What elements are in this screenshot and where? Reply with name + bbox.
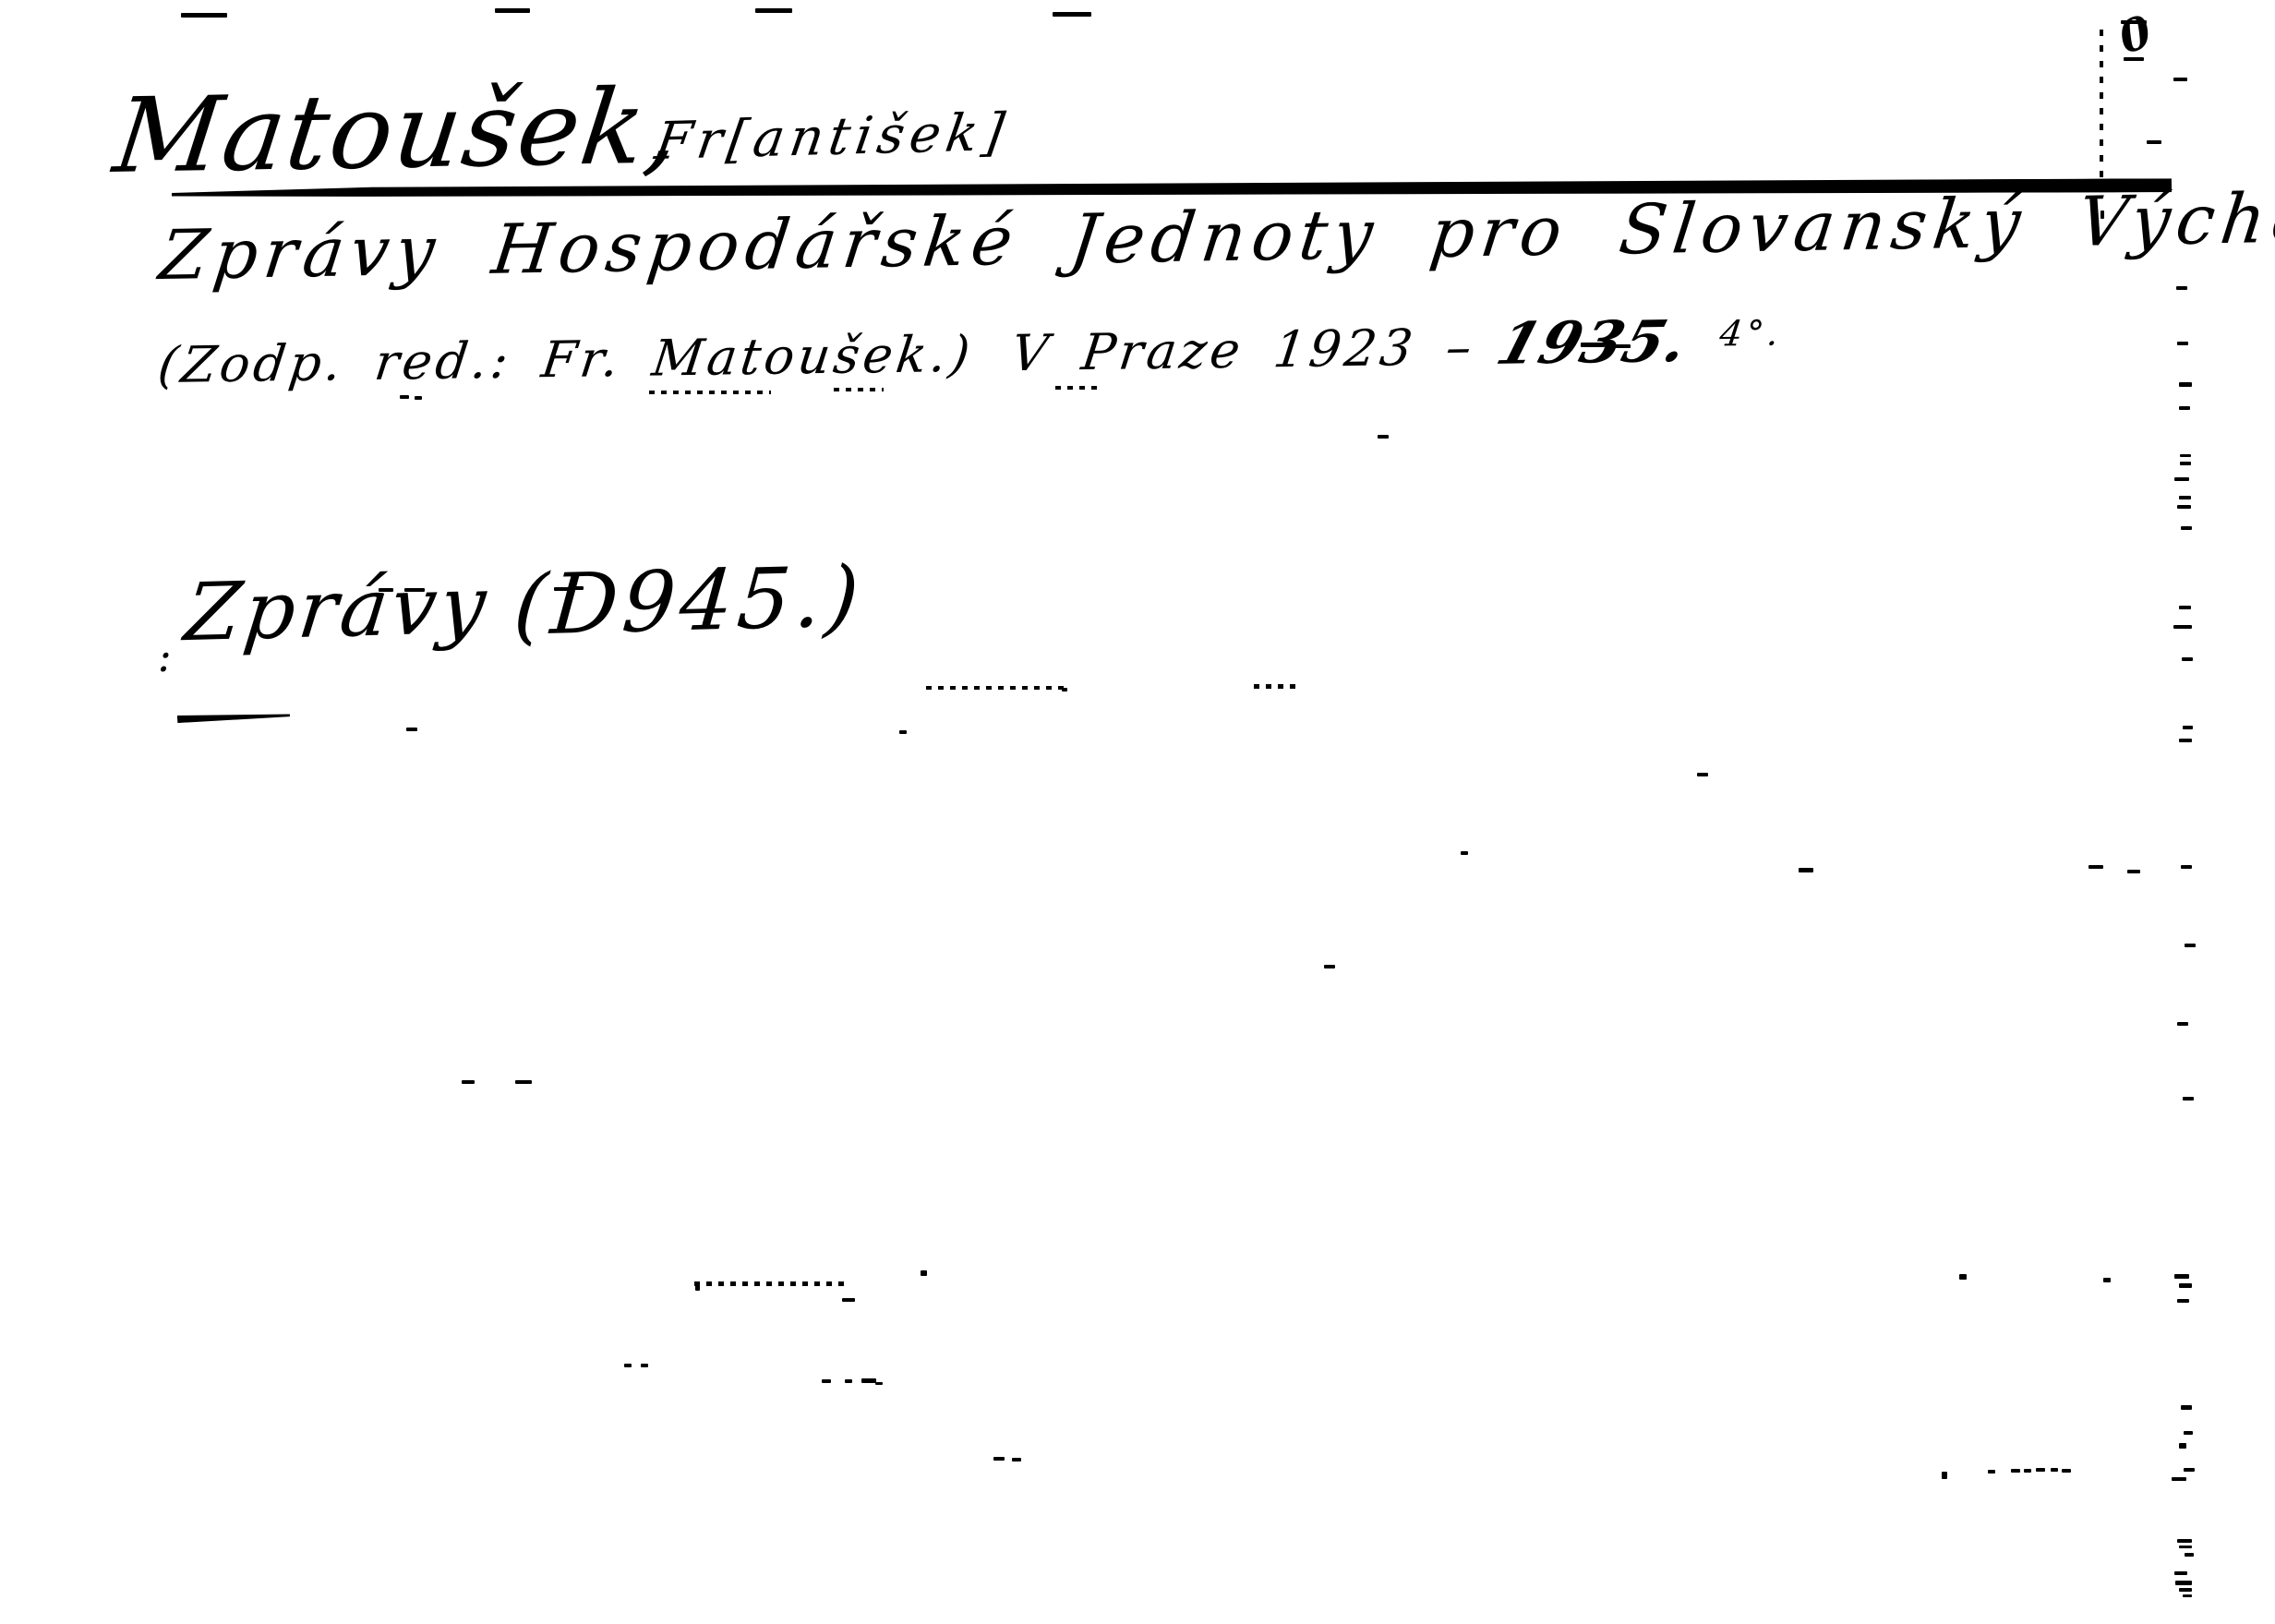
imprint: V Praze 1923 –	[1008, 318, 1479, 382]
scan-speck	[404, 588, 425, 592]
page-number: 0	[2113, 9, 2157, 61]
scan-speck	[1799, 868, 1813, 872]
scan-speck	[822, 1379, 831, 1383]
scan-speck	[2088, 865, 2103, 869]
responsibility-note: (Zodp. red.: Fr. Matoušek.)	[155, 325, 977, 394]
scan-speck	[2179, 1546, 2192, 1548]
scan-speck	[495, 8, 530, 13]
scan-speck	[2011, 1469, 2020, 1473]
title-line: Zprávy Hospodářské Jednoty pro Slovanský…	[156, 183, 2275, 290]
scan-speck	[2182, 657, 2193, 661]
scan-speck	[1254, 684, 1302, 689]
scan-speck	[1055, 386, 1100, 390]
scan-speck	[641, 1364, 648, 1367]
scan-speck	[624, 1364, 632, 1367]
scan-speck	[2177, 505, 2191, 509]
scan-speck	[649, 391, 771, 394]
scan-speck	[2179, 1443, 2186, 1449]
scan-speck	[2172, 1477, 2186, 1481]
scan-speck	[2173, 625, 2192, 629]
scan-speck	[2184, 1468, 2195, 1472]
reference-line: : Zprávy (D945.)	[155, 556, 864, 678]
scan-speck	[2179, 1588, 2192, 1592]
reference-colon: :	[157, 635, 173, 678]
scan-speck	[1053, 12, 1091, 17]
scan-speck	[1324, 965, 1335, 968]
scan-speck	[2174, 477, 2189, 481]
scan-speck	[2175, 1581, 2192, 1585]
scan-speck	[2179, 1283, 2192, 1288]
scan-speck	[875, 1382, 883, 1385]
scan-speck	[1942, 1472, 1947, 1479]
scan-speck	[2184, 1431, 2193, 1435]
series-underline-stroke	[177, 711, 290, 723]
scan-speck	[2177, 1299, 2189, 1303]
scan-speck	[2183, 726, 2193, 729]
scan-speck	[2127, 870, 2140, 873]
statement-line: (Zodp. red.: Fr. Matoušek.)V Praze 1923 …	[155, 311, 1785, 391]
scan-speck	[572, 586, 584, 590]
scan-speck	[400, 395, 409, 399]
scan-speck	[1959, 1274, 1967, 1280]
scan-speck	[694, 1281, 849, 1286]
scan-speck	[2179, 406, 2190, 410]
scan-speck	[899, 730, 907, 734]
scan-speck	[2103, 1278, 2111, 1282]
scan-speck	[926, 686, 1065, 690]
scan-speck	[406, 728, 417, 731]
scan-speck	[845, 1379, 852, 1383]
scan-speck	[2180, 462, 2191, 465]
heading-surname: Matoušek,	[109, 75, 687, 188]
scan-speck	[2024, 1469, 2031, 1473]
scan-speck	[2174, 1274, 2189, 1279]
scan-speck	[462, 1080, 475, 1084]
scan-speck	[755, 8, 792, 13]
scan-speck	[1378, 435, 1389, 439]
scan-speck	[2181, 1405, 2192, 1410]
scan-speck	[2181, 865, 2192, 869]
heading-forename: Fr[antišek]	[652, 107, 1013, 168]
scan-speck	[2100, 211, 2104, 219]
scan-speck	[2121, 20, 2147, 24]
scan-speck	[1988, 1470, 1995, 1474]
scan-speck	[515, 1080, 532, 1084]
scan-speck	[834, 388, 884, 391]
scan-speck	[2051, 1468, 2058, 1472]
scan-speck	[2180, 454, 2191, 457]
scan-speck	[2179, 496, 2191, 499]
scan-speck	[1461, 851, 1468, 855]
scan-speck	[2062, 1469, 2071, 1473]
scan-speck	[2185, 944, 2196, 947]
scan-speck	[2179, 606, 2191, 609]
scan-speck	[2147, 140, 2161, 144]
scan-speck	[2181, 526, 2192, 530]
format-designation: 4°.	[1717, 312, 1785, 354]
margin-dotted-line	[2100, 30, 2103, 188]
scan-speck	[1697, 773, 1708, 776]
scan-speck	[1012, 1458, 1021, 1462]
scan-speck	[993, 1457, 1005, 1461]
scan-speck	[861, 1378, 876, 1383]
scan-speck	[2183, 1097, 2194, 1101]
scan-speck	[2176, 286, 2187, 290]
scan-speck	[415, 396, 422, 400]
scan-speck	[1614, 344, 1631, 348]
scan-speck	[1581, 343, 1605, 347]
scan-speck	[2185, 1553, 2194, 1557]
scan-speck	[2173, 78, 2187, 81]
scan-speck	[842, 1298, 855, 1302]
scan-speck	[554, 587, 569, 591]
scan-speck	[2124, 57, 2144, 61]
catalog-card: 0 Matoušek, Fr[antišek] Zprávy Hospodářs…	[0, 0, 2275, 1624]
scan-speck	[2036, 1468, 2045, 1472]
scan-speck	[2177, 1022, 2188, 1026]
scan-speck	[2177, 1539, 2192, 1543]
scan-speck	[2183, 1594, 2192, 1597]
reference-call-number: (D945.)	[511, 556, 866, 648]
scan-speck	[2179, 739, 2192, 742]
scan-speck	[181, 13, 227, 18]
scan-speck	[379, 588, 393, 592]
scan-speck	[2179, 382, 2192, 387]
scan-speck	[2174, 1571, 2187, 1575]
reference-series-word: Zprávy	[181, 565, 493, 653]
scan-speck	[2177, 342, 2188, 345]
scan-speck	[921, 1270, 927, 1276]
